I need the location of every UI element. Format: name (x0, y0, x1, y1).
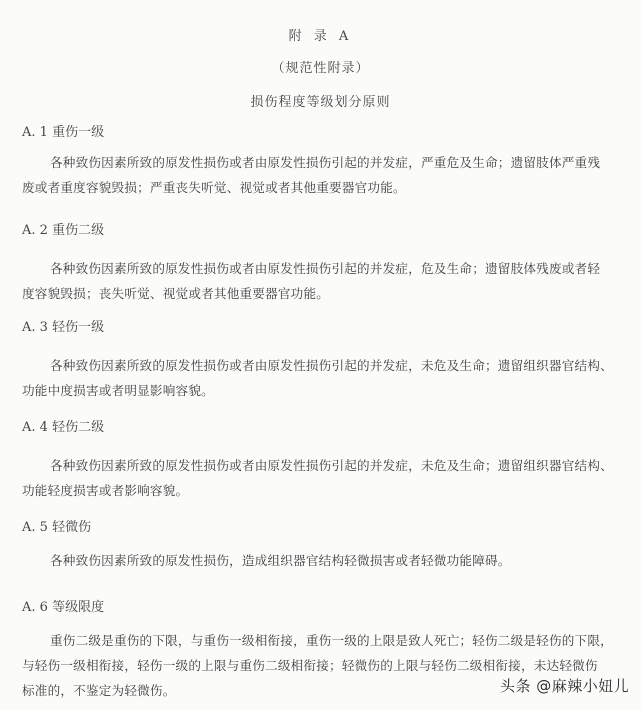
paragraph-line: 重伤二级是重伤的下限，与重伤一级相衔接，重伤一级的上限是致人死亡；轻伤二级是轻伤… (22, 628, 620, 653)
section-name: 轻微伤 (52, 520, 91, 535)
paragraph-line: 废或者重度容貌毁损；严重丧失听觉、视觉或者其他重要器官功能。 (22, 175, 620, 200)
paragraph-line: 各种致伤因素所致的原发性损伤或者由原发性损伤引起的并发症，危及生命；遗留肢体残废… (22, 256, 620, 281)
section-heading-a1: A. 1 重伤一级 (22, 121, 104, 140)
section-number: A. 3 (22, 320, 48, 335)
paragraph-line: 度容貌毁损；丧失听觉、视觉或者其他重要器官功能。 (22, 281, 620, 306)
section-paragraph-a3: 各种致伤因素所致的原发性损伤或者由原发性损伤引起的并发症，未危及生命；遗留组织器… (22, 353, 620, 403)
section-number: A. 1 (22, 125, 48, 140)
section-heading-a5: A. 5 轻微伤 (22, 516, 91, 535)
paragraph-line: 各种致伤因素所致的原发性损伤，造成组织器官结构轻微损害或者轻微功能障碍。 (22, 548, 620, 573)
section-paragraph-a1: 各种致伤因素所致的原发性损伤或者由原发性损伤引起的并发症，严重危及生命；遗留肢体… (22, 150, 620, 200)
section-paragraph-a4: 各种致伤因素所致的原发性损伤或者由原发性损伤引起的并发症，未危及生命；遗留组织器… (22, 453, 620, 503)
section-number: A. 4 (22, 420, 48, 435)
section-name: 等级限度 (52, 600, 104, 615)
section-number: A. 6 (22, 600, 48, 615)
section-number: A. 2 (22, 223, 48, 238)
paragraph-line: 功能中度损害或者明显影响容貌。 (22, 378, 620, 403)
source-watermark: 头条 @麻辣小妞儿 (500, 675, 629, 696)
paragraph-line: 功能轻度损害或者影响容貌。 (22, 478, 620, 503)
section-name: 重伤二级 (52, 223, 104, 238)
paragraph-line: 各种致伤因素所致的原发性损伤或者由原发性损伤引起的并发症，未危及生命；遗留组织器… (22, 453, 620, 478)
section-heading-a2: A. 2 重伤二级 (22, 219, 104, 238)
section-heading-a6: A. 6 等级限度 (22, 596, 104, 615)
paragraph-line: 各种致伤因素所致的原发性损伤或者由原发性损伤引起的并发症，未危及生命；遗留组织器… (22, 353, 620, 378)
section-name: 轻伤二级 (52, 420, 104, 435)
section-number: A. 5 (22, 520, 48, 535)
section-paragraph-a5: 各种致伤因素所致的原发性损伤，造成组织器官结构轻微损害或者轻微功能障碍。 (22, 548, 620, 573)
document-page: 附 录 A （规范性附录） 损伤程度等级划分原则 A. 1 重伤一级 各种致伤因… (0, 0, 641, 710)
section-paragraph-a2: 各种致伤因素所致的原发性损伤或者由原发性损伤引起的并发症，危及生命；遗留肢体残废… (22, 256, 620, 306)
appendix-heading: 损伤程度等级划分原则 (0, 91, 641, 110)
section-name: 重伤一级 (52, 125, 104, 140)
appendix-title: 附 录 A (0, 25, 641, 44)
section-heading-a3: A. 3 轻伤一级 (22, 316, 104, 335)
section-heading-a4: A. 4 轻伤二级 (22, 416, 104, 435)
section-name: 轻伤一级 (52, 320, 104, 335)
paragraph-line: 各种致伤因素所致的原发性损伤或者由原发性损伤引起的并发症，严重危及生命；遗留肢体… (22, 150, 620, 175)
appendix-subtitle: （规范性附录） (0, 57, 641, 76)
